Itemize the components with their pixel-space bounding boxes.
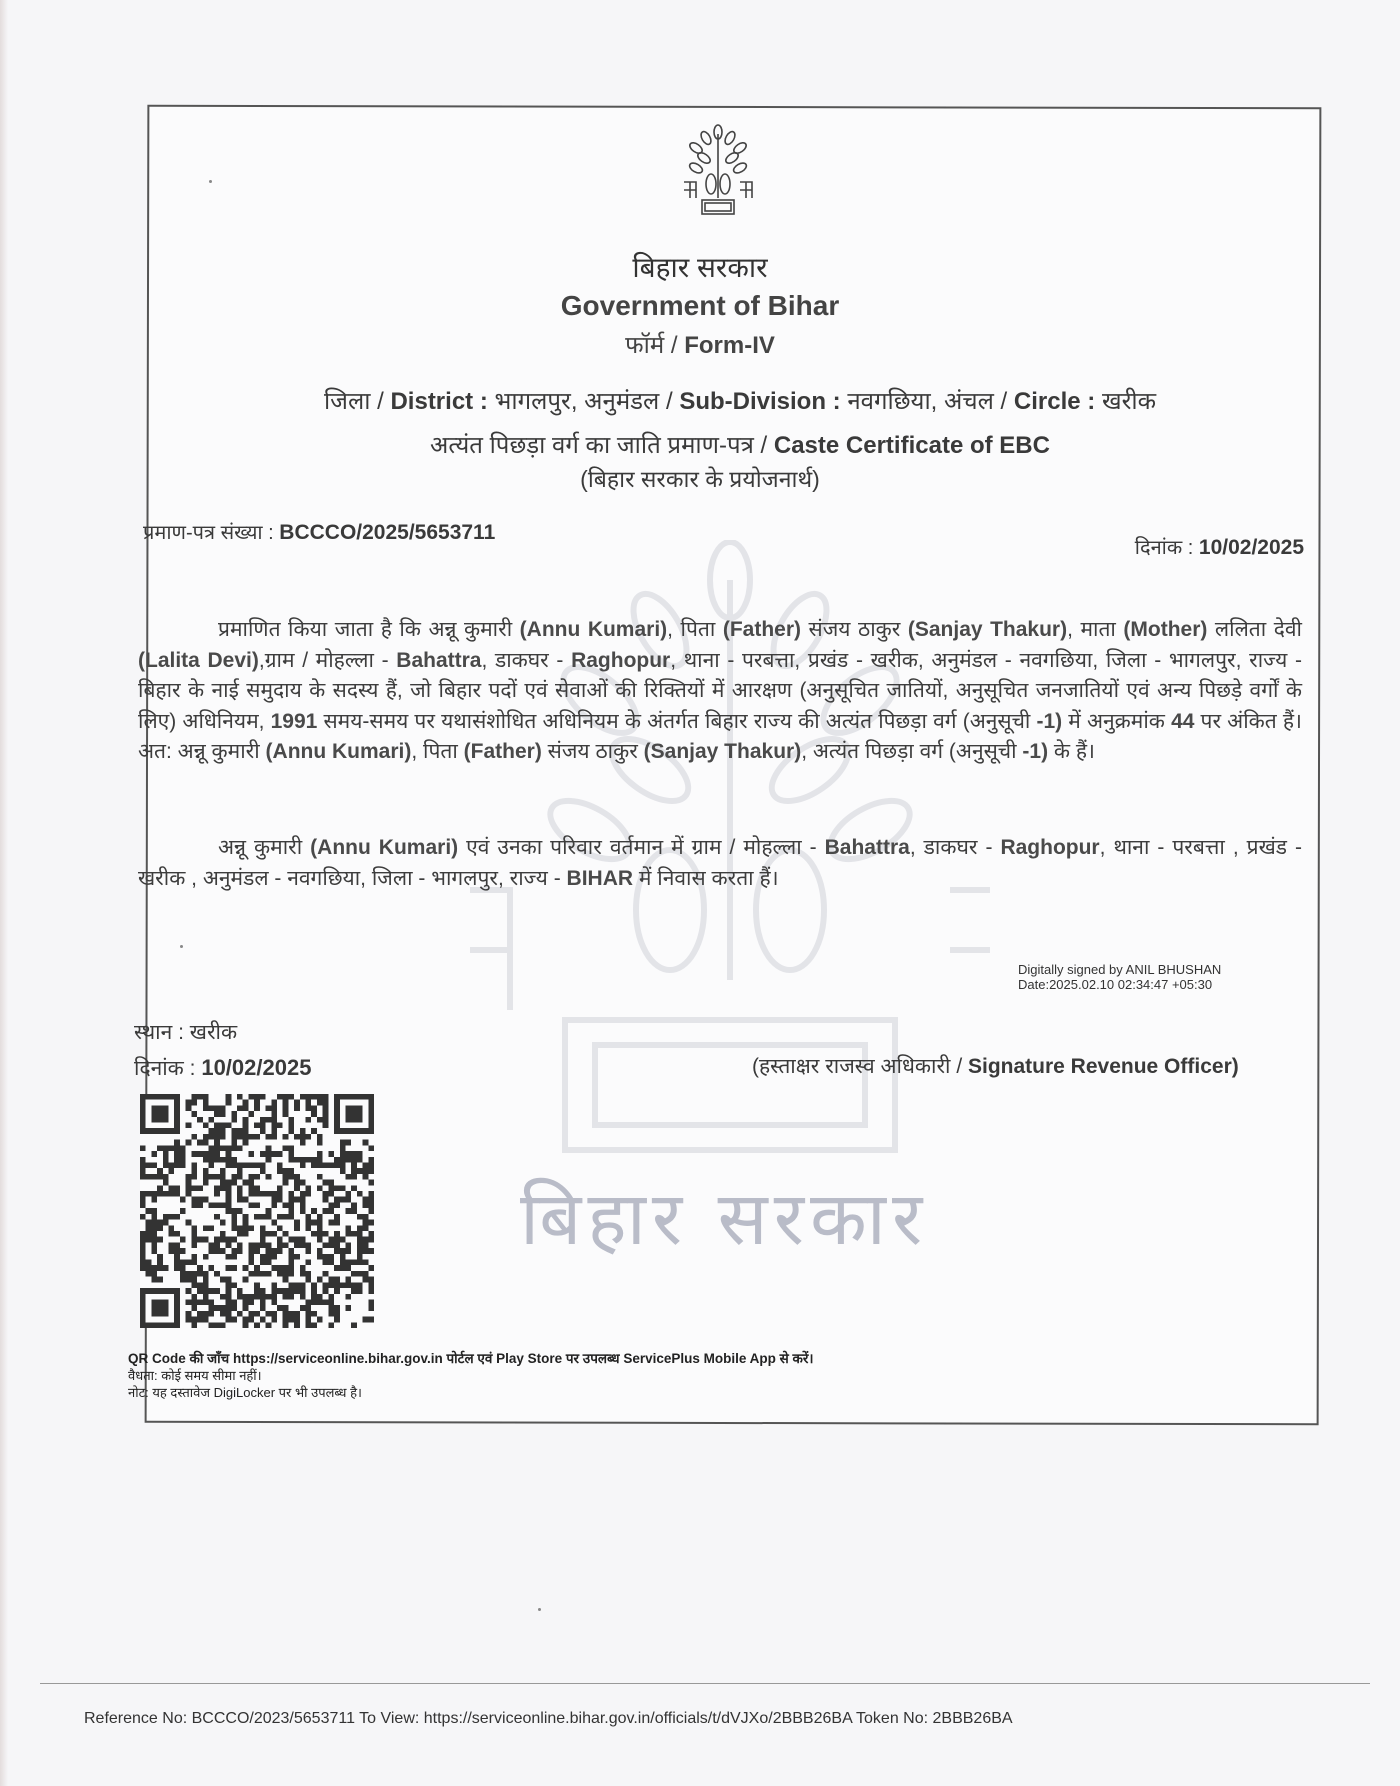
govt-title-hindi: बिहार सरकार bbox=[0, 248, 1400, 286]
place: स्थान : खरीक bbox=[134, 1018, 237, 1046]
place-label: स्थान : bbox=[134, 1021, 184, 1044]
verification-notes: QR Code की जाँच https://serviceonline.bi… bbox=[128, 1350, 814, 1401]
district-label-en: District : bbox=[390, 388, 487, 415]
bihar-emblem-icon bbox=[682, 124, 754, 220]
digilocker-note: नोट: यह दस्तावेज DigiLocker पर भी उपलब्ध… bbox=[128, 1384, 814, 1401]
certificate-number: प्रमाण-पत्र संख्या : BCCCO/2025/5653711 bbox=[143, 518, 495, 545]
certification-paragraph: प्रमाणित किया जाता है कि अन्नू कुमारी (A… bbox=[138, 615, 1302, 768]
qr-code-icon[interactable] bbox=[140, 1094, 374, 1328]
district-label-hi: जिला / bbox=[324, 388, 384, 415]
scan-speck bbox=[209, 180, 212, 183]
subdivision-label-hi: अनुमंडल / bbox=[584, 388, 672, 415]
circle-value: खरीक bbox=[1102, 388, 1156, 415]
form-number: फॉर्म / Form-IV bbox=[0, 328, 1400, 361]
subdivision-value: नवगछिया, bbox=[847, 388, 937, 415]
issue-date: दिनांक : 10/02/2025 bbox=[1135, 533, 1304, 560]
issue-date-label: दिनांक : bbox=[1135, 537, 1194, 559]
scan-speck bbox=[180, 945, 183, 948]
govt-title-english: Government of Bihar bbox=[0, 290, 1400, 322]
signature-label-hindi: (हस्ताक्षर राजस्व अधिकारी / bbox=[752, 1055, 962, 1078]
digital-signature: Digitally signed by ANIL BHUSHAN Date:20… bbox=[1018, 962, 1221, 992]
circle-label-hi: अंचल / bbox=[944, 388, 1007, 415]
validity-note: वैधता: कोई समय सीमा नहीं। bbox=[128, 1367, 814, 1384]
residence-paragraph: अन्नू कुमारी (Annu Kumari) एवं उनका परिव… bbox=[138, 833, 1302, 894]
district-value: भागलपुर, bbox=[495, 388, 578, 415]
digital-signature-signer: Digitally signed by ANIL BHUSHAN bbox=[1018, 962, 1221, 977]
certificate-title: अत्यंत पिछड़ा वर्ग का जाति प्रमाण-पत्र /… bbox=[330, 428, 1150, 461]
qr-verification-note: QR Code की जाँच https://serviceonline.bi… bbox=[128, 1350, 814, 1367]
subdivision-label-en: Sub-Division : bbox=[679, 388, 840, 415]
signature-block: (हस्ताक्षर राजस्व अधिकारी / Signature Re… bbox=[752, 1052, 1239, 1080]
place-date: दिनांक : 10/02/2025 bbox=[134, 1054, 311, 1082]
place-date-label: दिनांक : bbox=[134, 1057, 195, 1080]
digital-signature-date: Date:2025.02.10 02:34:47 +05:30 bbox=[1018, 977, 1221, 992]
place-value: खरीक bbox=[190, 1021, 237, 1044]
form-label-english: Form-IV bbox=[684, 332, 775, 359]
reference-footer: Reference No: BCCCO/2023/5653711 To View… bbox=[84, 1710, 1013, 1728]
certificate-purpose: (बिहार सरकार के प्रयोजनार्थ) bbox=[0, 462, 1400, 494]
certificate-title-english: Caste Certificate of EBC bbox=[774, 432, 1050, 459]
circle-label-en: Circle : bbox=[1014, 388, 1095, 415]
certificate-number-value: BCCCO/2025/5653711 bbox=[279, 521, 495, 544]
signature-label-english: Signature Revenue Officer) bbox=[968, 1055, 1239, 1078]
scan-speck bbox=[538, 1608, 541, 1611]
certificate-title-hindi: अत्यंत पिछड़ा वर्ग का जाति प्रमाण-पत्र / bbox=[430, 432, 767, 459]
place-date-value: 10/02/2025 bbox=[201, 1055, 311, 1080]
form-label-hindi: फॉर्म / bbox=[625, 332, 677, 359]
residence-text: अन्नू कुमारी (Annu Kumari) एवं उनका परिव… bbox=[138, 836, 1302, 890]
jurisdiction-line: जिला / District : भागलपुर, अनुमंडल / Sub… bbox=[240, 384, 1240, 417]
issue-date-value: 10/02/2025 bbox=[1199, 536, 1304, 559]
certification-text: प्रमाणित किया जाता है कि अन्नू कुमारी (A… bbox=[138, 618, 1302, 763]
certificate-number-label: प्रमाण-पत्र संख्या : bbox=[143, 522, 274, 544]
footer-divider bbox=[40, 1683, 1370, 1684]
